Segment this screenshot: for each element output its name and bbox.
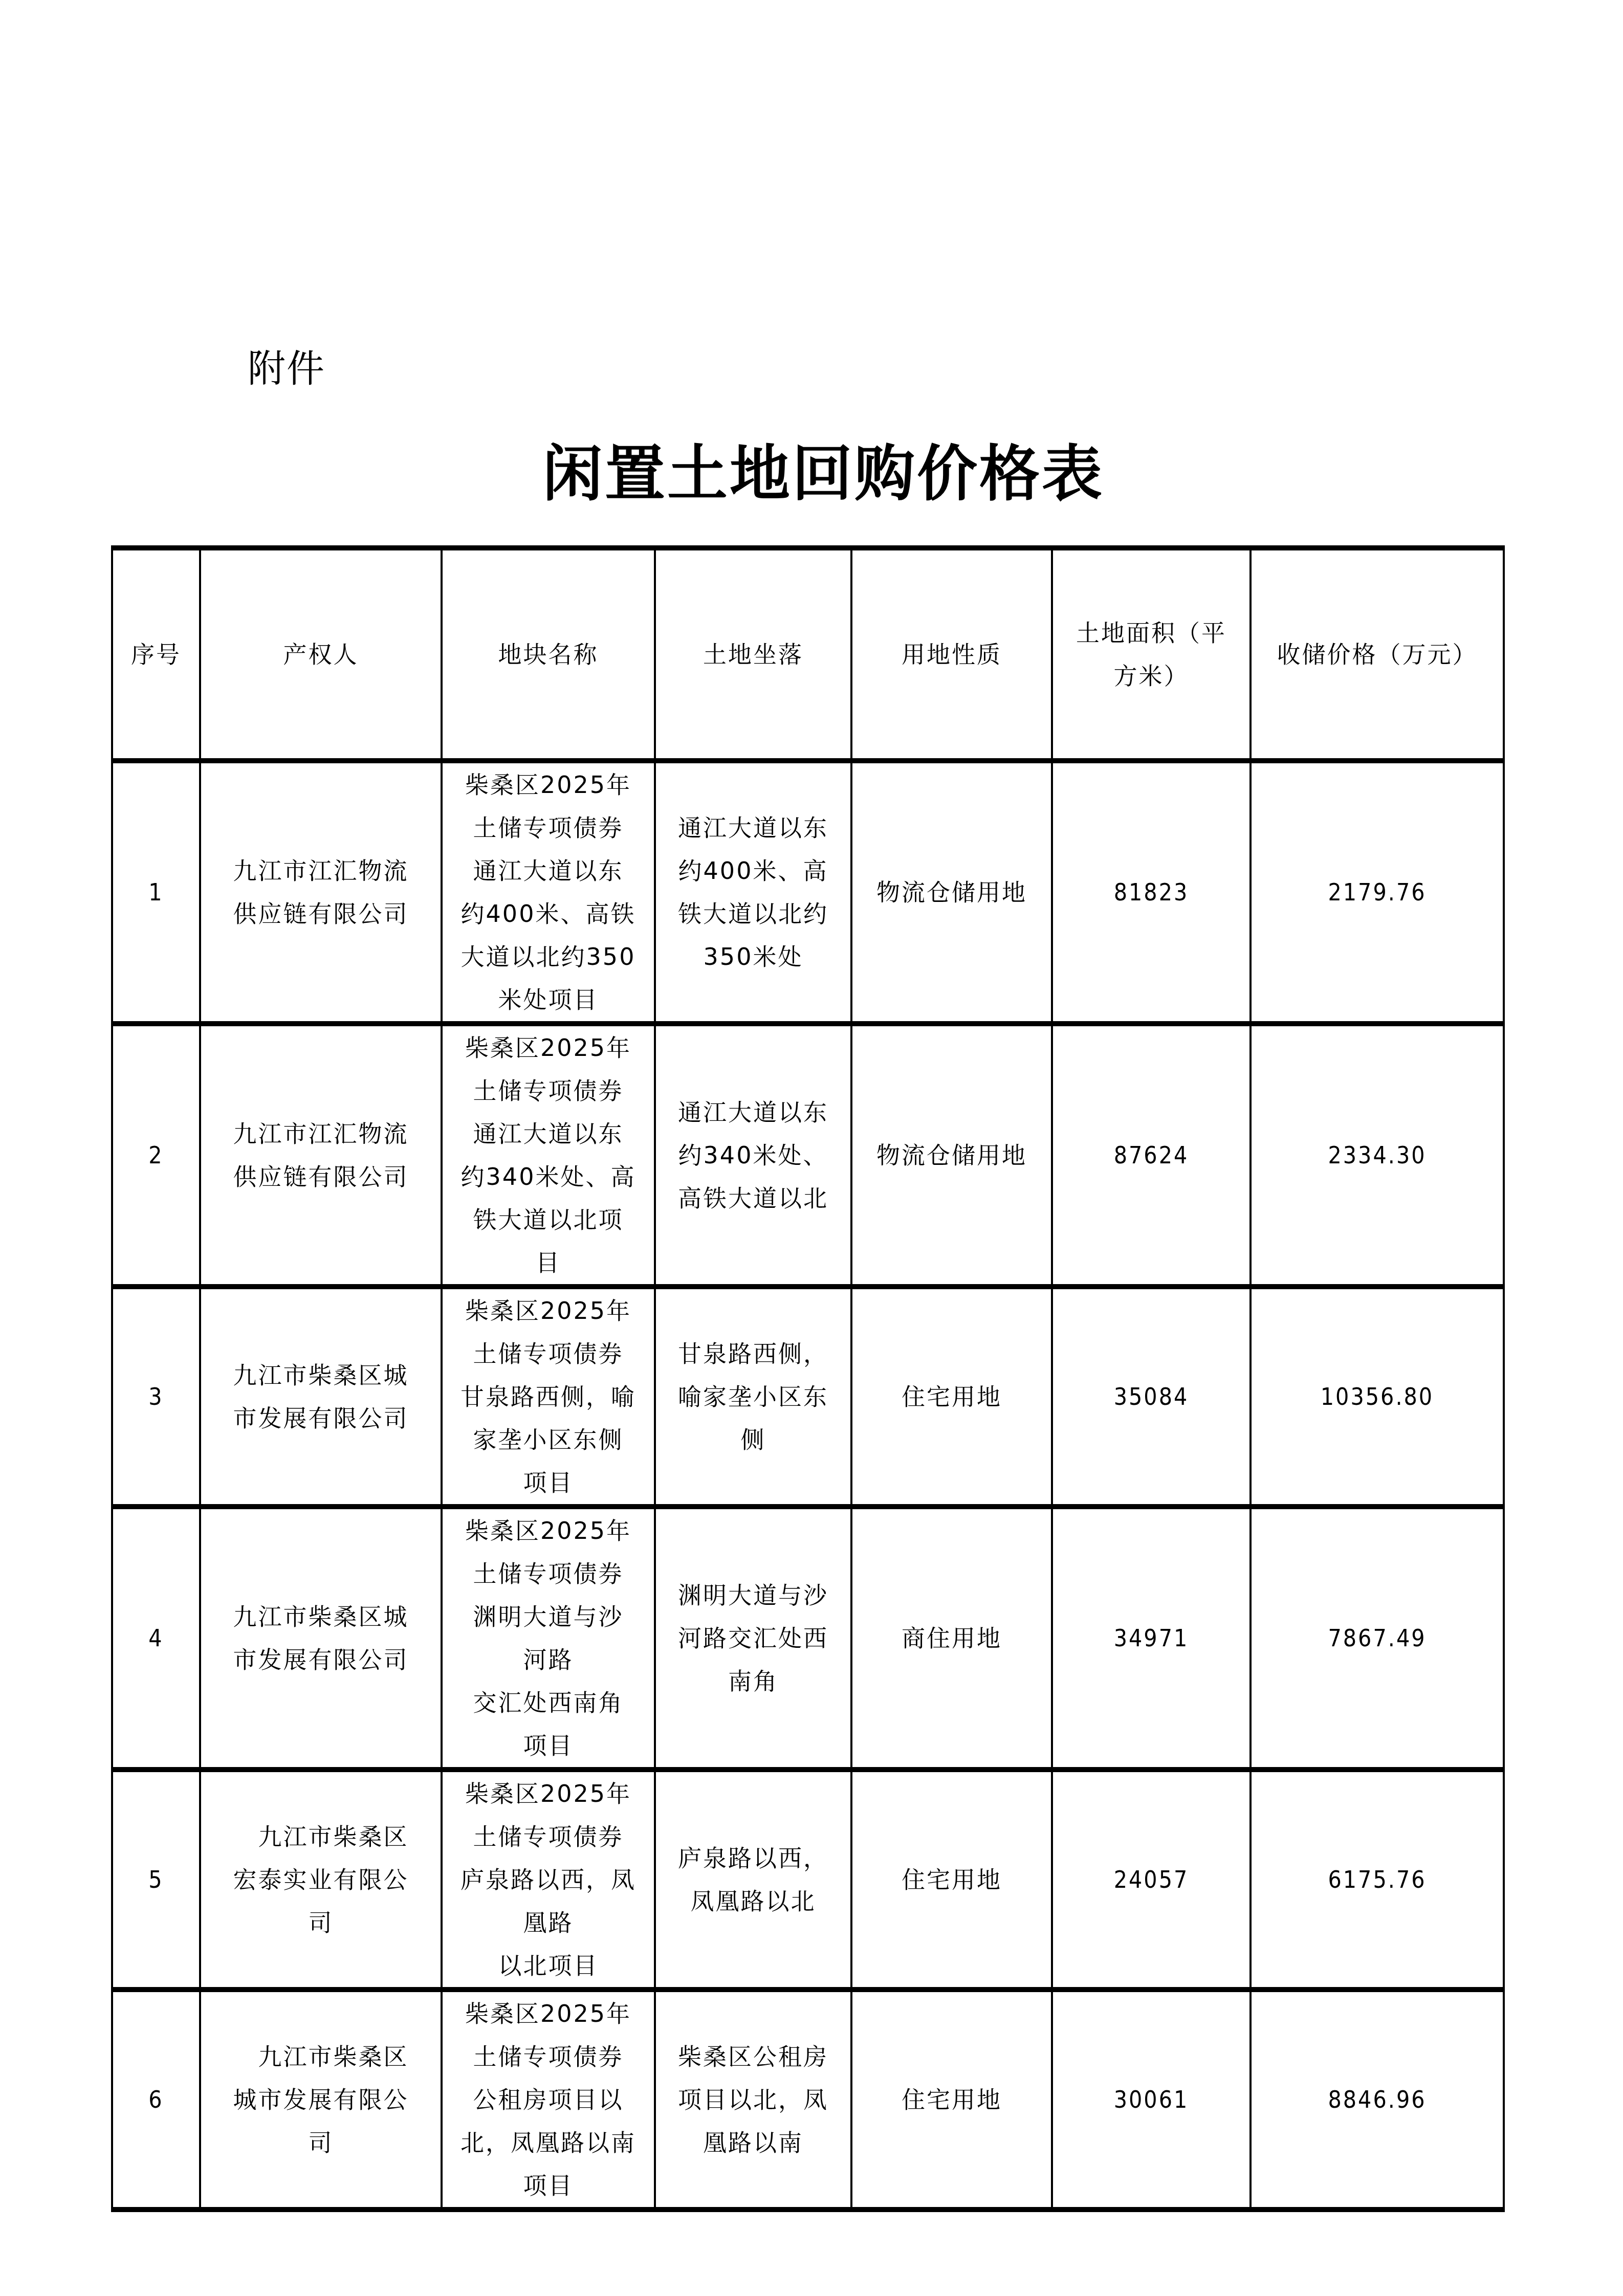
cell-index: 2 [112, 1024, 200, 1287]
cell-owner-line: 司 [205, 2121, 436, 2164]
cell-parcel-name-line: 河路 [447, 1638, 650, 1681]
land-buyback-price-table: 序号 产权人 地块名称 土地坐落 用地性质 土地面积（平 方米） 收储价格（万元… [111, 545, 1505, 2212]
cell-owner-line: 九江市柴桑区城 [205, 1595, 436, 1638]
cell-parcel-name-line: 柴桑区2025年 [447, 1772, 650, 1815]
cell-location-line: 柴桑区公租房 [660, 2035, 846, 2078]
cell-land-use: 物流仓储用地 [851, 761, 1052, 1024]
cell-location: 渊明大道与沙河路交汇处西南角 [655, 1507, 851, 1770]
cell-index: 3 [112, 1287, 200, 1507]
cell-parcel-name-line: 庐泉路以西，凤 [447, 1858, 650, 1901]
table-row: 2九江市江汇物流供应链有限公司柴桑区2025年土储专项债券通江大道以东约340米… [112, 1024, 1504, 1287]
cell-location-line: 高铁大道以北 [660, 1177, 846, 1220]
cell-parcel-name-line: 甘泉路西侧，喻 [447, 1375, 650, 1418]
cell-owner: 九江市江汇物流供应链有限公司 [200, 1024, 442, 1287]
cell-parcel-name: 柴桑区2025年土储专项债券通江大道以东约340米处、高铁大道以北项目 [442, 1024, 655, 1287]
cell-owner-line: 九江市柴桑区城 [205, 1354, 436, 1397]
cell-location-line: 铁大道以北约 [660, 892, 846, 935]
cell-owner-line: 市发展有限公司 [205, 1638, 436, 1681]
cell-location: 通江大道以东约400米、高铁大道以北约350米处 [655, 761, 851, 1024]
table-header-row: 序号 产权人 地块名称 土地坐落 用地性质 土地面积（平 方米） 收储价格（万元… [112, 548, 1504, 761]
cell-land-use: 住宅用地 [851, 1287, 1052, 1507]
table-row: 1九江市江汇物流供应链有限公司柴桑区2025年土储专项债券通江大道以东约400米… [112, 761, 1504, 1024]
cell-parcel-name-line: 北，凤凰路以南 [447, 2121, 650, 2164]
cell-parcel-name-line: 土储专项债券 [447, 806, 650, 849]
cell-area: 24057 [1052, 1770, 1251, 1990]
cell-index: 5 [112, 1770, 200, 1990]
cell-price: 10356.80 [1251, 1287, 1504, 1507]
cell-parcel-name: 柴桑区2025年土储专项债券渊明大道与沙河路交汇处西南角项目 [442, 1507, 655, 1770]
cell-land-use: 物流仓储用地 [851, 1024, 1052, 1287]
cell-owner: 九江市柴桑区城市发展有限公司 [200, 1990, 442, 2210]
cell-parcel-name-line: 柴桑区2025年 [447, 1026, 650, 1069]
cell-parcel-name-line: 约340米处、高 [447, 1155, 650, 1198]
cell-location: 通江大道以东约340米处、高铁大道以北 [655, 1024, 851, 1287]
cell-parcel-name-line: 公租房项目以 [447, 2078, 650, 2121]
cell-location-line: 喻家垄小区东 [660, 1375, 846, 1418]
cell-parcel-name-line: 交汇处西南角 [447, 1681, 650, 1724]
cell-location-line: 渊明大道与沙 [660, 1574, 846, 1617]
cell-owner: 九江市柴桑区城市发展有限公司 [200, 1287, 442, 1507]
cell-parcel-name-line: 柴桑区2025年 [447, 1289, 650, 1332]
cell-parcel-name-line: 项目 [447, 1461, 650, 1504]
table-body: 1九江市江汇物流供应链有限公司柴桑区2025年土储专项债券通江大道以东约400米… [112, 761, 1504, 2210]
cell-location-line: 甘泉路西侧， [660, 1332, 846, 1375]
table-row: 6 九江市柴桑区城市发展有限公司柴桑区2025年土储专项债券公租房项目以北，凤凰… [112, 1990, 1504, 2210]
cell-parcel-name-line: 项目 [447, 1724, 650, 1767]
cell-owner-line: 市发展有限公司 [205, 1397, 436, 1440]
header-price: 收储价格（万元） [1251, 548, 1504, 761]
cell-parcel-name: 柴桑区2025年土储专项债券通江大道以东约400米、高铁大道以北约350米处项目 [442, 761, 655, 1024]
cell-parcel-name-line: 家垄小区东侧 [447, 1418, 650, 1461]
cell-location-line: 侧 [660, 1418, 846, 1461]
cell-parcel-name-line: 通江大道以东 [447, 849, 650, 892]
cell-location-line: 350米处 [660, 935, 846, 978]
header-index: 序号 [112, 548, 200, 761]
cell-parcel-name-line: 土储专项债券 [447, 1552, 650, 1595]
cell-index: 6 [112, 1990, 200, 2210]
header-area: 土地面积（平 方米） [1052, 548, 1251, 761]
cell-area: 81823 [1052, 761, 1251, 1024]
cell-land-use: 住宅用地 [851, 1770, 1052, 1990]
cell-parcel-name-line: 以北项目 [447, 1944, 650, 1987]
cell-owner: 九江市柴桑区宏泰实业有限公司 [200, 1770, 442, 1990]
cell-location-line: 河路交汇处西 [660, 1617, 846, 1660]
cell-owner-line: 城市发展有限公 [205, 2078, 436, 2121]
cell-location: 柴桑区公租房项目以北，凤凰路以南 [655, 1990, 851, 2210]
cell-parcel-name-line: 土储专项债券 [447, 1332, 650, 1375]
cell-location-line: 庐泉路以西， [660, 1837, 846, 1880]
cell-parcel-name: 柴桑区2025年土储专项债券公租房项目以北，凤凰路以南项目 [442, 1990, 655, 2210]
cell-owner-line: 宏泰实业有限公 [205, 1858, 436, 1901]
cell-parcel-name-line: 大道以北约350 [447, 935, 650, 978]
cell-owner: 九江市柴桑区城市发展有限公司 [200, 1507, 442, 1770]
cell-parcel-name-line: 通江大道以东 [447, 1112, 650, 1155]
attachment-label: 附件 [248, 346, 325, 392]
cell-index: 1 [112, 761, 200, 1024]
table-row: 3九江市柴桑区城市发展有限公司柴桑区2025年土储专项债券甘泉路西侧，喻家垄小区… [112, 1287, 1504, 1507]
cell-land-use: 商住用地 [851, 1507, 1052, 1770]
cell-parcel-name-line: 凰路 [447, 1901, 650, 1944]
cell-parcel-name-line: 土储专项债券 [447, 2035, 650, 2078]
header-location: 土地坐落 [655, 548, 851, 761]
header-land-use: 用地性质 [851, 548, 1052, 761]
cell-parcel-name-line: 渊明大道与沙 [447, 1595, 650, 1638]
cell-area: 30061 [1052, 1990, 1251, 2210]
cell-parcel-name-line: 项目 [447, 2164, 650, 2207]
cell-owner-line: 司 [205, 1901, 436, 1944]
header-parcel-name: 地块名称 [442, 548, 655, 761]
header-area-line: 土地面积（平 [1057, 611, 1245, 654]
cell-area: 35084 [1052, 1287, 1251, 1507]
cell-location-line: 约340米处、 [660, 1134, 846, 1177]
cell-price: 6175.76 [1251, 1770, 1504, 1990]
cell-area: 87624 [1052, 1024, 1251, 1287]
cell-parcel-name-line: 米处项目 [447, 978, 650, 1021]
table-row: 5 九江市柴桑区宏泰实业有限公司柴桑区2025年土储专项债券庐泉路以西，凤凰路以… [112, 1770, 1504, 1990]
cell-owner: 九江市江汇物流供应链有限公司 [200, 761, 442, 1024]
cell-index: 4 [112, 1507, 200, 1770]
cell-land-use: 住宅用地 [851, 1990, 1052, 2210]
document-title: 闲置土地回购价格表 [542, 438, 1095, 510]
cell-location: 庐泉路以西，凤凰路以北 [655, 1770, 851, 1990]
cell-location-line: 南角 [660, 1660, 846, 1703]
cell-owner-line: 供应链有限公司 [205, 1155, 436, 1198]
cell-parcel-name-line: 柴桑区2025年 [447, 1509, 650, 1552]
cell-location-line: 通江大道以东 [660, 806, 846, 849]
cell-parcel-name-line: 目 [447, 1241, 650, 1284]
cell-price: 2179.76 [1251, 761, 1504, 1024]
cell-parcel-name-line: 土储专项债券 [447, 1069, 650, 1112]
cell-parcel-name: 柴桑区2025年土储专项债券庐泉路以西，凤凰路以北项目 [442, 1770, 655, 1990]
cell-parcel-name-line: 柴桑区2025年 [447, 1992, 650, 2035]
table-row: 4九江市柴桑区城市发展有限公司柴桑区2025年土储专项债券渊明大道与沙河路交汇处… [112, 1507, 1504, 1770]
header-owner: 产权人 [200, 548, 442, 761]
cell-parcel-name-line: 土储专项债券 [447, 1815, 650, 1858]
cell-parcel-name: 柴桑区2025年土储专项债券甘泉路西侧，喻家垄小区东侧项目 [442, 1287, 655, 1507]
cell-parcel-name-line: 柴桑区2025年 [447, 763, 650, 806]
cell-price: 8846.96 [1251, 1990, 1504, 2210]
cell-price: 2334.30 [1251, 1024, 1504, 1287]
cell-parcel-name-line: 约400米、高铁 [447, 892, 650, 935]
cell-owner-line: 九江市江汇物流 [205, 1112, 436, 1155]
cell-area: 34971 [1052, 1507, 1251, 1770]
cell-location-line: 凰路以南 [660, 2121, 846, 2164]
cell-owner-line: 九江市柴桑区 [205, 1815, 436, 1858]
cell-location-line: 通江大道以东 [660, 1091, 846, 1134]
cell-parcel-name-line: 铁大道以北项 [447, 1198, 650, 1241]
cell-location: 甘泉路西侧，喻家垄小区东侧 [655, 1287, 851, 1507]
cell-location-line: 约400米、高 [660, 849, 846, 892]
cell-location-line: 项目以北，凤 [660, 2078, 846, 2121]
cell-location-line: 凤凰路以北 [660, 1880, 846, 1923]
cell-price: 7867.49 [1251, 1507, 1504, 1770]
cell-owner-line: 九江市江汇物流 [205, 849, 436, 892]
cell-owner-line: 供应链有限公司 [205, 892, 436, 935]
header-area-line: 方米） [1057, 654, 1245, 697]
cell-owner-line: 九江市柴桑区 [205, 2035, 436, 2078]
